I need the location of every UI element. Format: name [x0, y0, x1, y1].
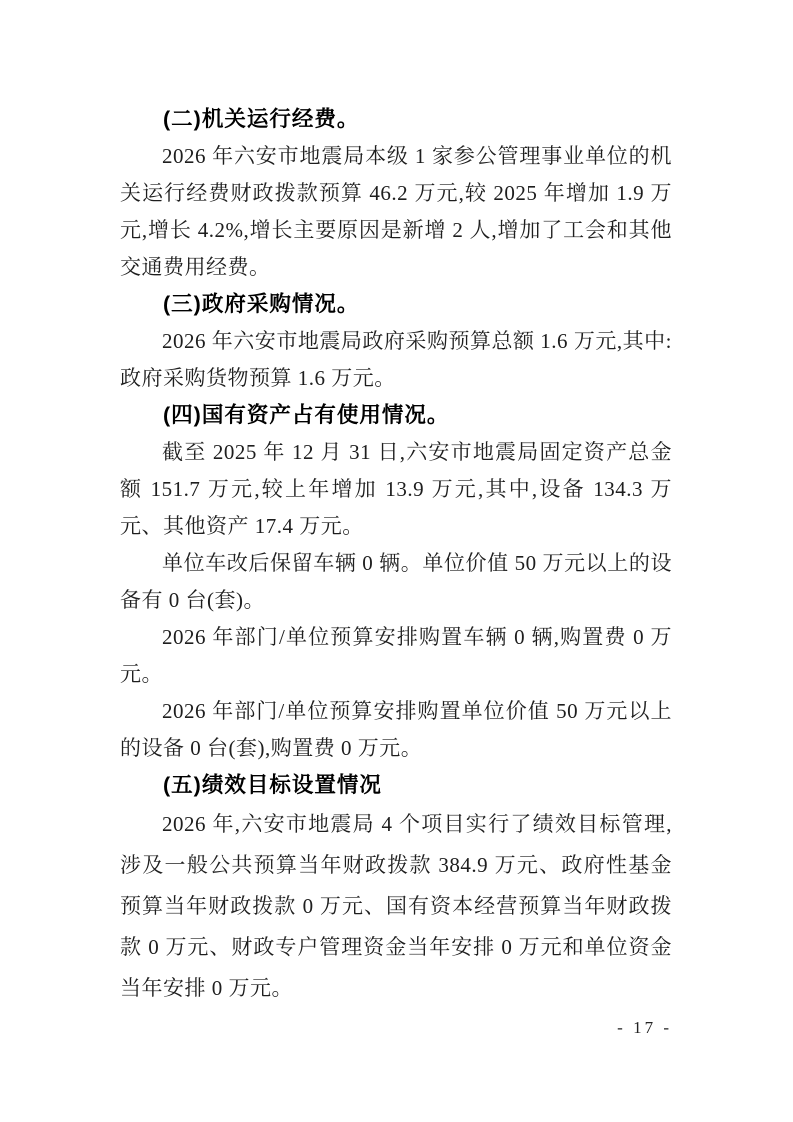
heading-performance-targets: (五)绩效目标设置情况: [120, 767, 672, 804]
paragraph-organ-operating-expenses: 2026 年六安市地震局本级 1 家参公管理事业单位的机关运行经费财政拨款预算 …: [120, 138, 672, 286]
heading-government-procurement: (三)政府采购情况。: [120, 286, 672, 323]
document-page: (二)机关运行经费。 2026 年六安市地震局本级 1 家参公管理事业单位的机关…: [0, 0, 793, 1122]
document-content: (二)机关运行经费。 2026 年六安市地震局本级 1 家参公管理事业单位的机关…: [120, 101, 672, 1009]
heading-state-owned-assets: (四)国有资产占有使用情况。: [120, 397, 672, 434]
paragraph-government-procurement: 2026 年六安市地震局政府采购预算总额 1.6 万元,其中:政府采购货物预算 …: [120, 323, 672, 397]
paragraph-fixed-assets-total: 截至 2025 年 12 月 31 日,六安市地震局固定资产总金额 151.7 …: [120, 434, 672, 545]
paragraph-retained-vehicles: 单位车改后保留车辆 0 辆。单位价值 50 万元以上的设备有 0 台(套)。: [120, 545, 672, 619]
paragraph-budgeted-vehicle-purchase: 2026 年部门/单位预算安排购置车辆 0 辆,购置费 0 万元。: [120, 619, 672, 693]
page-number: - 17 -: [617, 1016, 672, 1040]
paragraph-performance-targets: 2026 年,六安市地震局 4 个项目实行了绩效目标管理,涉及一般公共预算当年财…: [120, 804, 672, 1009]
paragraph-budgeted-equipment-purchase: 2026 年部门/单位预算安排购置单位价值 50 万元以上的设备 0 台(套),…: [120, 693, 672, 767]
heading-organ-operating-expenses: (二)机关运行经费。: [120, 101, 672, 138]
